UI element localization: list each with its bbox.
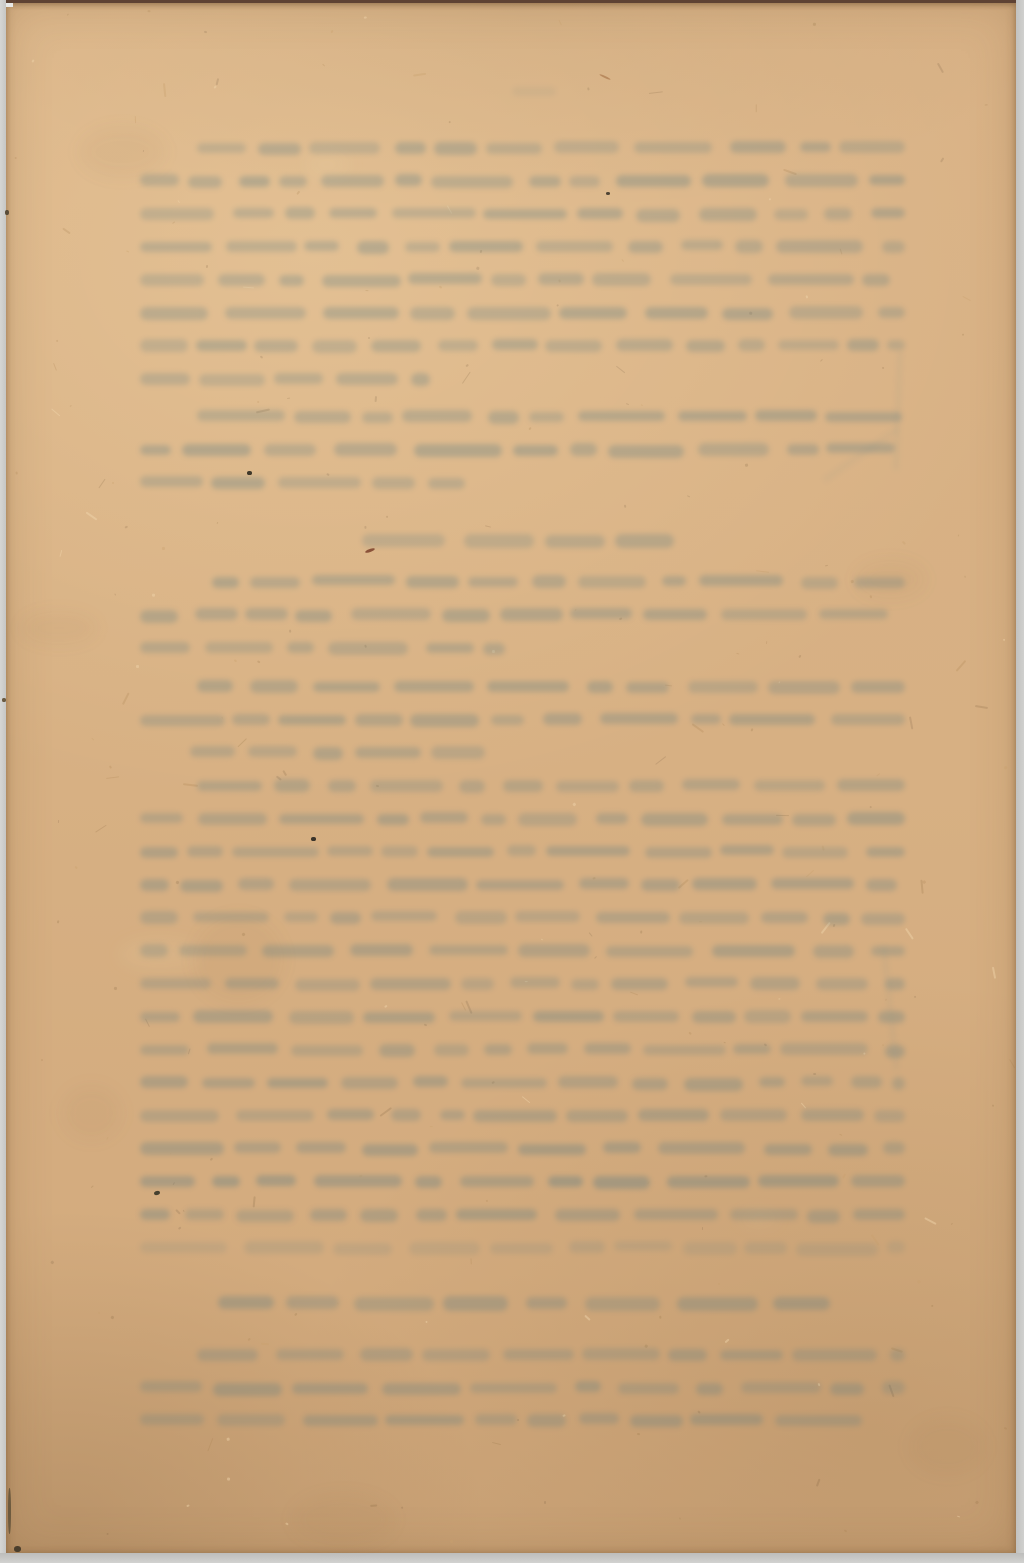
dust-speck	[247, 471, 252, 475]
paper-sheet	[6, 0, 1016, 1553]
dust-speck	[2, 698, 6, 702]
bleed-through-streak	[881, 945, 898, 1070]
dust-speck	[154, 1190, 161, 1195]
bleed-through-streak	[823, 427, 900, 483]
dust-speck	[599, 74, 611, 81]
scanner-gutter-right	[1016, 0, 1024, 1563]
dust-speck	[5, 210, 9, 215]
dust-speck	[365, 547, 375, 553]
dust-speck	[606, 192, 610, 195]
dust-speck	[311, 837, 316, 841]
bleed-through-streak	[894, 350, 902, 470]
scanned-page-image	[0, 0, 1024, 1563]
dust-speck	[8, 1488, 11, 1534]
scanner-gutter-bottom	[0, 1553, 1024, 1563]
scan-artifacts-layer	[6, 3, 1016, 1553]
dust-speck	[14, 1546, 21, 1552]
